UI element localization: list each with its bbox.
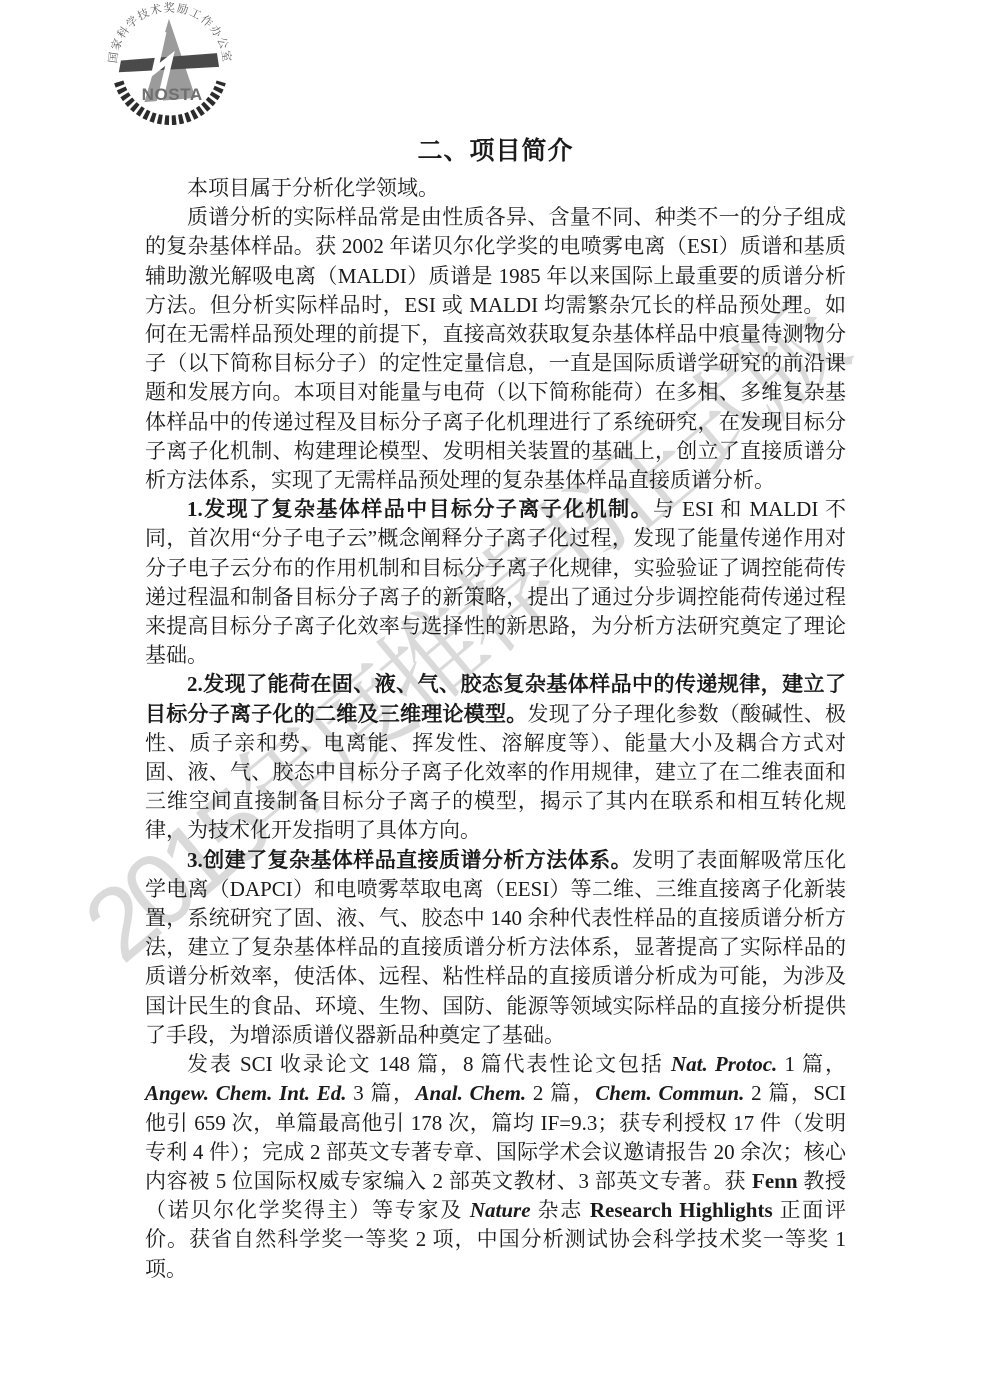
paragraph-achievement-1: 1.发现了复杂基体样品中目标分子离子化机制。与 ESI 和 MALDI 不同，首… — [145, 495, 846, 670]
journal-name: Chem. Commun. — [595, 1081, 744, 1105]
paragraph-achievement-3: 3.创建了复杂基体样品直接质谱分析方法体系。发明了表面解吸常压化学电离（DAPC… — [145, 846, 846, 1050]
column-name: Research Highlights — [590, 1198, 773, 1222]
text-run: 本项目属于分析化学领域。 — [187, 176, 439, 200]
page-title: 二、项目简介 — [145, 131, 846, 167]
text-run: 质谱分析的实际样品常是由性质各异、含量不同、种类不一的分子组成的复杂基体样品。获… — [145, 205, 846, 492]
journal-name: Anal. Chem. — [416, 1081, 527, 1105]
section-1-heading: 1.发现了复杂基体样品中目标分子离子化机制。 — [187, 497, 653, 521]
paragraph-publications: 发表 SCI 收录论文 148 篇，8 篇代表性论文包括 Nat. Protoc… — [145, 1050, 846, 1284]
text-run: 杂志 — [531, 1198, 590, 1222]
text-run: 与 ESI 和 MALDI 不同，首次用“分子电子云”概念阐释分子离子化过程，发… — [145, 497, 846, 667]
document-body: 二、项目简介 本项目属于分析化学领域。 质谱分析的实际样品常是由性质各异、含量不… — [145, 131, 846, 1284]
nosta-emblem-graphic: 国家科学技术奖励工作办公室 NOSTA — [106, 2, 234, 134]
nosta-logo: 国家科学技术奖励工作办公室 NOSTA — [106, 2, 234, 134]
text-run: 1 篇， — [777, 1052, 846, 1076]
logo-acronym: NOSTA — [142, 85, 203, 104]
paragraph-field-statement: 本项目属于分析化学领域。 — [145, 174, 846, 203]
text-run: 2 篇， — [526, 1081, 595, 1105]
journal-name: Nature — [470, 1198, 531, 1222]
journal-name: Angew. Chem. Int. Ed. — [145, 1081, 347, 1105]
document-page: 2015年度推荐书正式版 国家科学技术奖励工作办公室 NOSTA 二、项目简介 … — [0, 0, 990, 1400]
text-run: 3 篇， — [347, 1081, 416, 1105]
text-run: 发明了表面解吸常压化学电离（DAPCI）和电喷雾萃取电离（EESI）等二维、三维… — [145, 848, 846, 1047]
paragraph-background: 质谱分析的实际样品常是由性质各异、含量不同、种类不一的分子组成的复杂基体样品。获… — [145, 203, 846, 495]
text-run: 发表 SCI 收录论文 148 篇，8 篇代表性论文包括 — [187, 1052, 671, 1076]
section-3-heading: 3.创建了复杂基体样品直接质谱分析方法体系。 — [187, 848, 632, 872]
paragraph-achievement-2: 2.发现了能荷在固、液、气、胶态复杂基体样品中的传递规律，建立了目标分子离子化的… — [145, 670, 846, 845]
person-name: Fenn — [752, 1169, 798, 1193]
journal-name: Nat. Protoc. — [671, 1052, 777, 1076]
